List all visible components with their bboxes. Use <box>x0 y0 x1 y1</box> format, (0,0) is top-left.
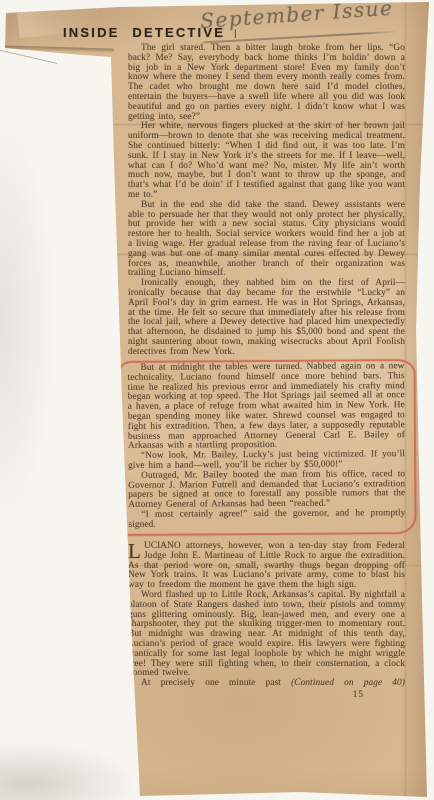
page-number: 15 <box>128 691 405 701</box>
continuation-line: At precisely one minute past (Continued … <box>128 679 405 689</box>
scanner-background: INSIDE DETECTIVE| September Issue The gi… <box>0 0 434 800</box>
paragraph: The girl stared. Then a bitter laugh bro… <box>128 44 405 122</box>
newspaper-clipping: INSIDE DETECTIVE| September Issue The gi… <box>0 0 434 800</box>
paragraph: Word flashed up to Little Rock, Arkansas… <box>128 591 405 679</box>
torn-edge-shadow <box>0 45 114 52</box>
drop-cap: L <box>128 542 144 560</box>
paragraph: But at midnight the tables were turned. … <box>127 362 405 452</box>
handwritten-issue-note: September Issue <box>199 0 430 33</box>
paragraph: Ironically enough, they nabbed him on th… <box>128 279 405 357</box>
paragraph-text: UCIANO attorneys, however, won a ten-day… <box>128 541 405 590</box>
paragraph: But in the end she did take the stand. D… <box>128 201 405 279</box>
article-column: The girl stared. Then a bitter laugh bro… <box>128 44 405 701</box>
paragraph: “Now look, Mr. Bailey, Lucky’s just bein… <box>128 450 405 471</box>
paragraph: “I most certainly agree!” said the gover… <box>128 509 405 530</box>
continuation-note: (Continued on page 40) <box>291 678 405 688</box>
paragraph: Her white, nervous fingers plucked at th… <box>128 122 405 200</box>
pencil-bracket <box>105 453 122 541</box>
last-line-text: At precisely one minute past <box>141 678 281 688</box>
paragraph: Outraged, Mr. Bailey booted the man from… <box>128 469 405 510</box>
red-pencil-box: But at midnight the tables were turned. … <box>118 359 416 535</box>
paragraph-dropcap: LUCIANO attorneys, however, won a ten-da… <box>128 542 405 591</box>
